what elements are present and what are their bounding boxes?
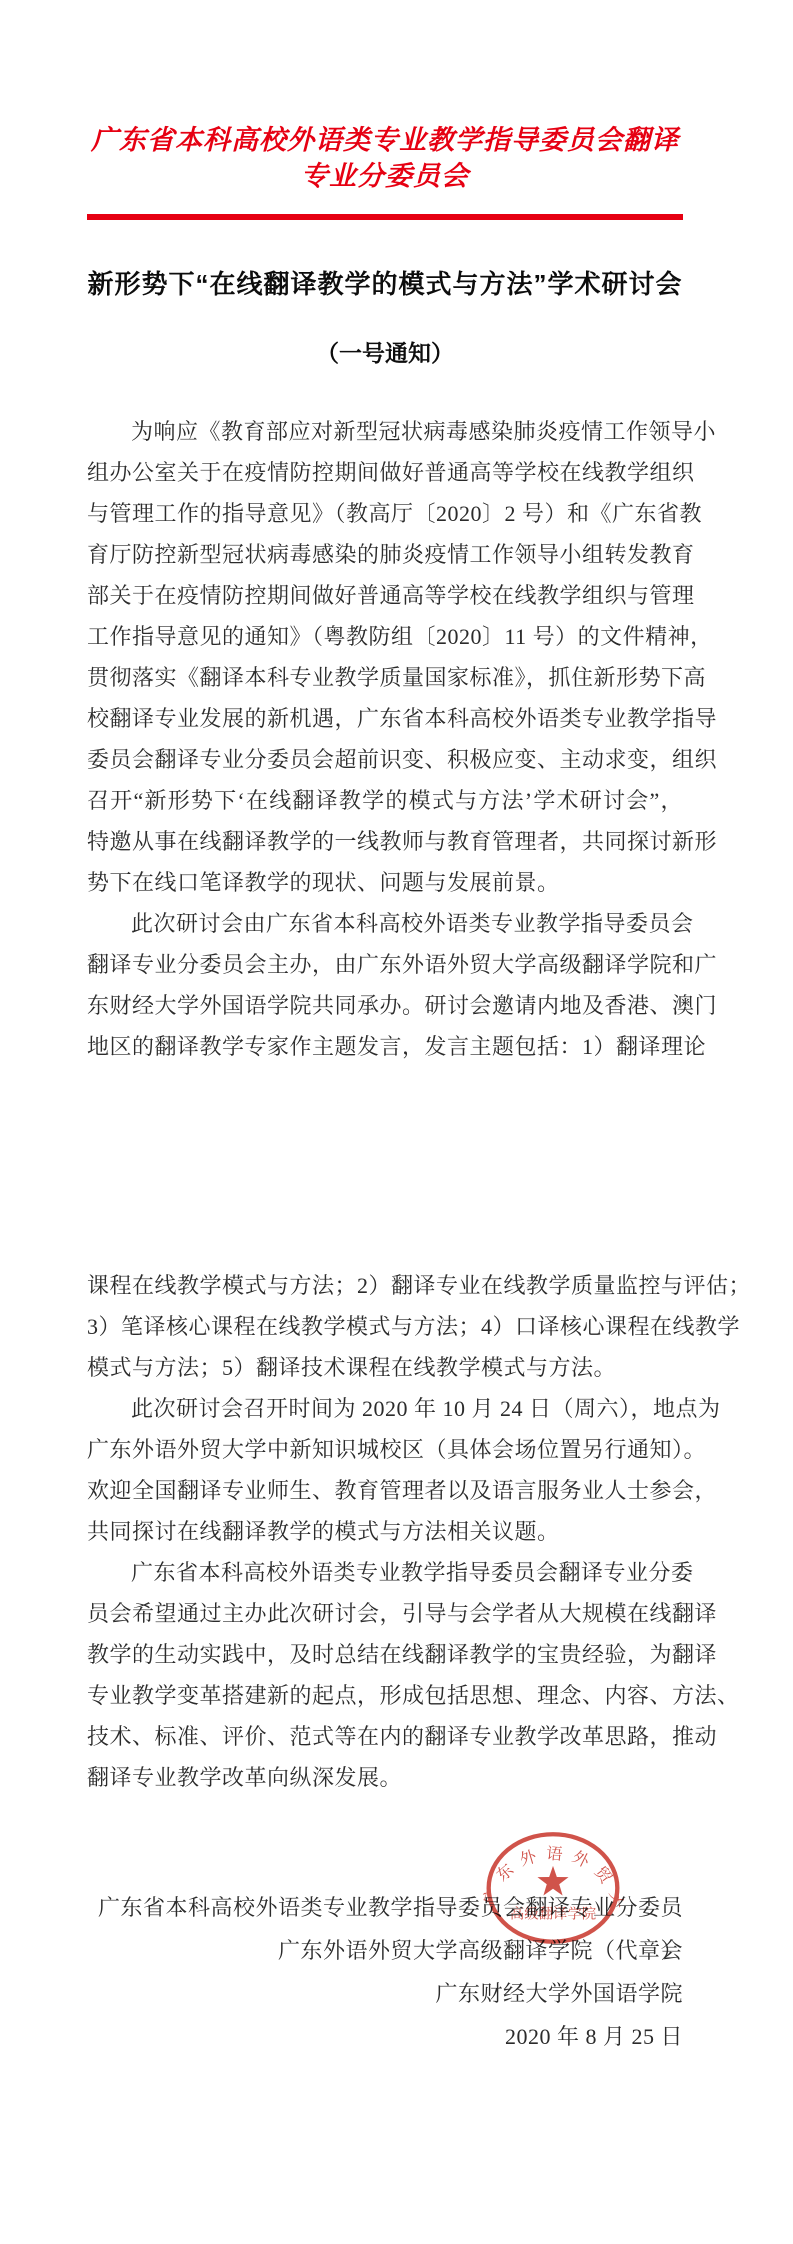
paragraph-line: 模式与方法；5）翻译技术课程在线教学模式与方法。: [87, 1347, 683, 1388]
paragraph-line: 技术、标准、评价、范式等在内的翻译专业教学改革思路，推动: [87, 1716, 683, 1757]
paragraph-line: 此次研讨会召开时间为 2020 年 10 月 24 日（周六），地点为: [87, 1388, 683, 1429]
paragraph-line: 共同探讨在线翻译教学的模式与方法相关议题。: [87, 1511, 683, 1552]
paragraph-2: 此次研讨会由广东省本科高校外语类专业教学指导委员会 翻译专业分委员会主办，由广东…: [87, 903, 683, 1388]
paragraph-line: 委员会翻译专业分委员会超前识变、积极应变、主动求变，组织: [87, 739, 683, 780]
paragraph-line: 广东省本科高校外语类专业教学指导委员会翻译专业分委: [87, 1552, 683, 1593]
paragraph-line: 召开“新形势下‘在线翻译教学的模式与方法’学术研讨会”，: [87, 780, 683, 821]
paragraph-line: 广东外语外贸大学中新知识城校区（具体会场位置另行通知）。: [87, 1429, 683, 1470]
paragraph-line: 育厅防控新型冠状病毒感染的肺炎疫情工作领导小组转发教育: [87, 534, 683, 575]
paragraph-line: 特邀从事在线翻译教学的一线教师与教育管理者，共同探讨新形: [87, 821, 683, 862]
paragraph-line: 部关于在疫情防控期间做好普通高等学校在线教学组织与管理: [87, 575, 683, 616]
paragraph-line: 课程在线教学模式与方法；2）翻译专业在线教学质量监控与评估；: [87, 1265, 683, 1306]
signature-date: 2020 年 8 月 25 日: [87, 2015, 683, 2058]
paragraph-line: 员会希望通过主办此次研讨会，引导与会学者从大规模在线翻译: [87, 1593, 683, 1634]
paragraph-line: 翻译专业教学改革向纵深发展。: [87, 1757, 683, 1798]
paragraph-line: 翻译专业分委员会主办，由广东外语外贸大学高级翻译学院和广: [87, 944, 683, 985]
page-title: 新形势下“在线翻译教学的模式与方法”学术研讨会: [87, 267, 683, 301]
signature-block: 广东省本科高校外语类专业教学指导委员会翻译专业分委员会 广东外语外贸大学高级翻译…: [87, 1886, 683, 2058]
signature-spacer: [87, 1798, 683, 1886]
signature-org-1: 广东省本科高校外语类专业教学指导委员会翻译专业分委员会: [87, 1886, 683, 1929]
paragraph-line: 地区的翻译教学专家作主题发言，发言主题包括：1）翻译理论: [87, 1026, 683, 1067]
paragraph-line: 教学的生动实践中，及时总结在线翻译教学的宝贵经验，为翻译: [87, 1634, 683, 1675]
paragraph-line: 欢迎全国翻译专业师生、教育管理者以及语言服务业人士参会，: [87, 1470, 683, 1511]
paragraph-line: 为响应《教育部应对新型冠状病毒感染肺炎疫情工作领导小: [87, 411, 683, 452]
paragraph-line: 贯彻落实《翻译本科专业教学质量国家标准》，抓住新形势下高: [87, 657, 683, 698]
paragraph-line: 工作指导意见的通知》（粤教防组〔2020〕11 号）的文件精神，: [87, 616, 683, 657]
letterhead-org-name: 广东省本科高校外语类专业教学指导委员会翻译专业分委员会: [87, 0, 683, 194]
paragraph-line: 专业教学变革搭建新的起点，形成包括思想、理念、内容、方法、: [87, 1675, 683, 1716]
signature-org-3: 广东财经大学外国语学院: [87, 1972, 683, 2015]
paragraph-line: 势下在线口笔译教学的现状、问题与发展前景。: [87, 862, 683, 903]
paragraph-line: 此次研讨会由广东省本科高校外语类专业教学指导委员会: [87, 903, 683, 944]
paragraph-3: 此次研讨会召开时间为 2020 年 10 月 24 日（周六），地点为 广东外语…: [87, 1388, 683, 1552]
document-body: 为响应《教育部应对新型冠状病毒感染肺炎疫情工作领导小 组办公室关于在疫情防控期间…: [87, 411, 683, 1798]
paragraph-line: 组办公室关于在疫情防控期间做好普通高等学校在线教学组织: [87, 452, 683, 493]
paragraph-line: 校翻译专业发展的新机遇，广东省本科高校外语类专业教学指导: [87, 698, 683, 739]
paragraph-1: 为响应《教育部应对新型冠状病毒感染肺炎疫情工作领导小 组办公室关于在疫情防控期间…: [87, 411, 683, 903]
paragraph-line: 3）笔译核心课程在线教学模式与方法；4）口译核心课程在线教学: [87, 1306, 683, 1347]
letterhead-rule: [87, 214, 683, 220]
page-break-gap: [87, 1067, 683, 1265]
notice-number-label: （一号通知）: [87, 337, 683, 369]
notice-document: 广东省本科高校外语类专业教学指导委员会翻译专业分委员会 新形势下“在线翻译教学的…: [0, 0, 793, 2244]
paragraph-4: 广东省本科高校外语类专业教学指导委员会翻译专业分委 员会希望通过主办此次研讨会，…: [87, 1552, 683, 1798]
paragraph-line: 与管理工作的指导意见》（教高厅〔2020〕2 号）和《广东省教: [87, 493, 683, 534]
paragraph-line: 东财经大学外国语学院共同承办。研讨会邀请内地及香港、澳门: [87, 985, 683, 1026]
signature-org-2: 广东外语外贸大学高级翻译学院（代章）: [87, 1929, 683, 1972]
